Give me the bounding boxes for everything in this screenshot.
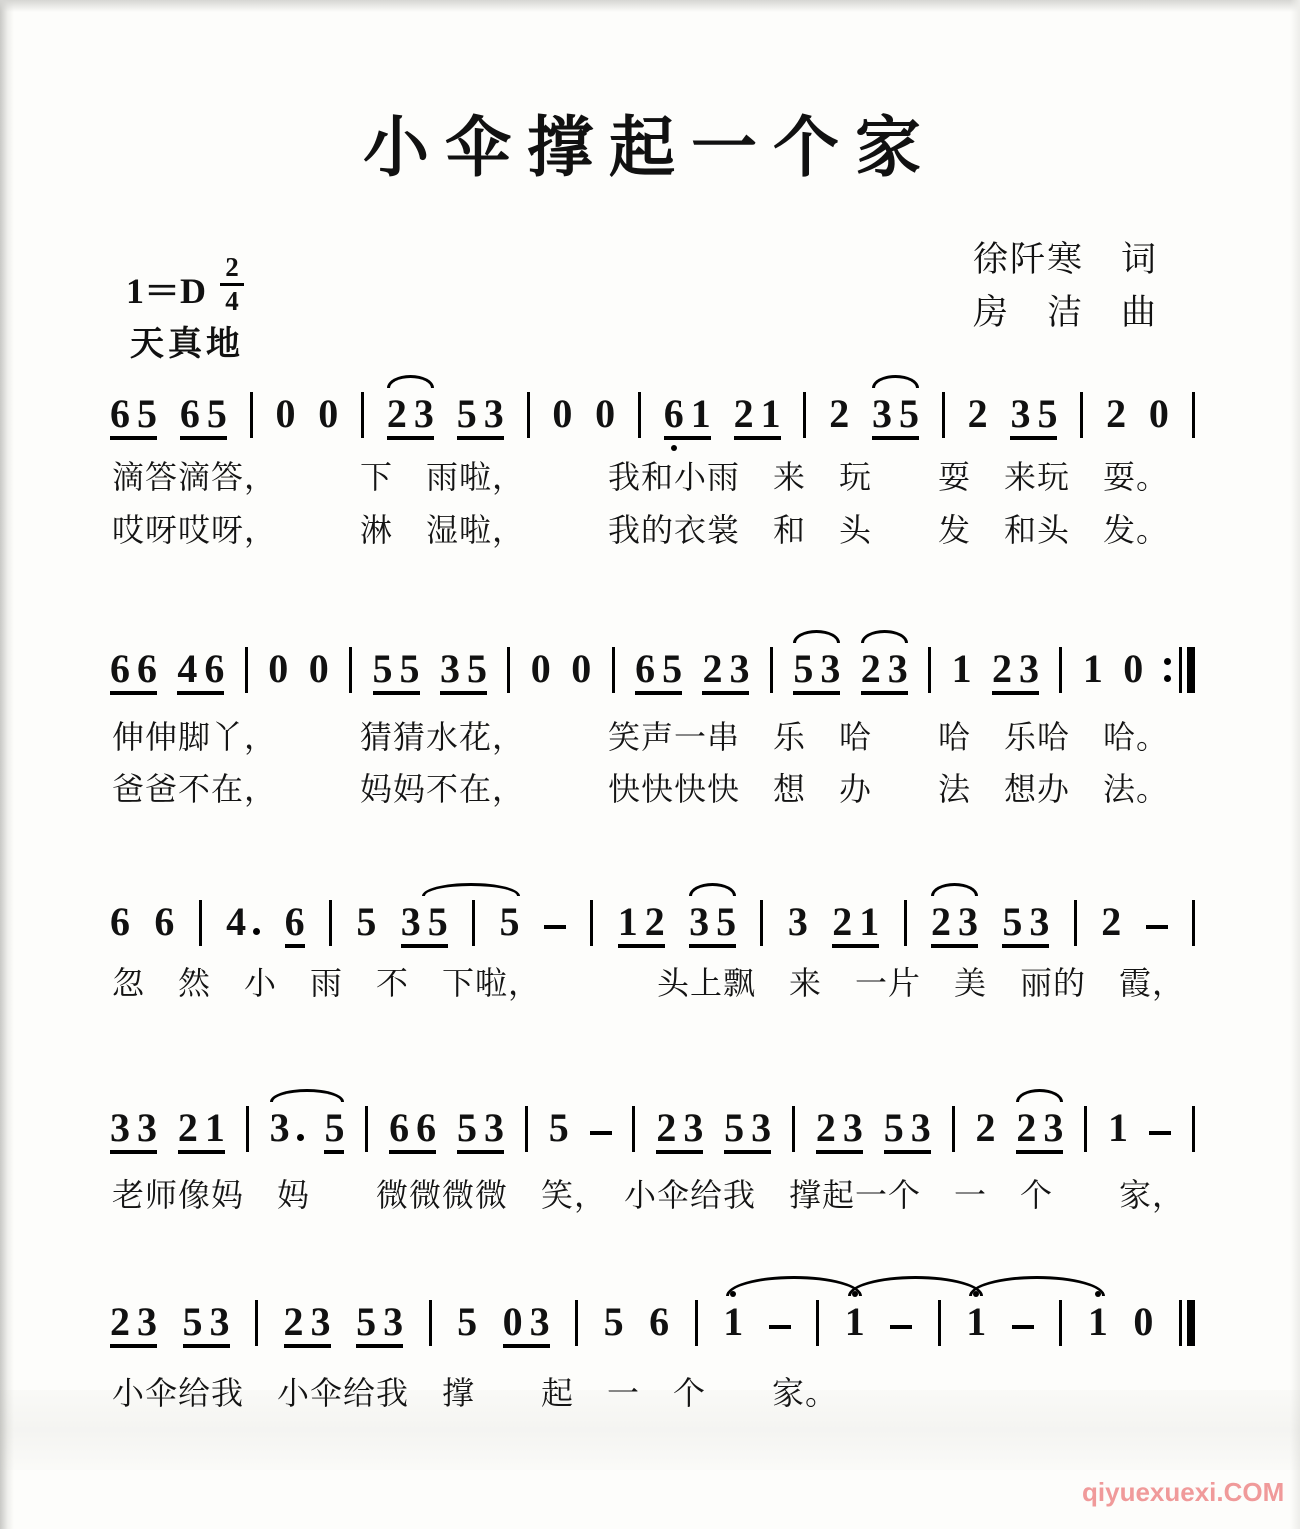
note: 2: [975, 1108, 995, 1154]
note: 1: [723, 1302, 743, 1348]
beamed-note-group: 53: [457, 394, 504, 440]
barline: [1059, 647, 1062, 693]
beamed-note-group: 46: [177, 649, 224, 695]
note: [1012, 1312, 1034, 1348]
barline: [246, 1106, 249, 1152]
barline: [632, 1106, 635, 1152]
note: [544, 912, 566, 948]
note: 1: [845, 1302, 865, 1348]
beamed-note-group: 65: [110, 394, 157, 440]
lyrics-line-4: 老师像妈 妈 微微微微 笑， 小伞给我 撑起一个 一 个 家，: [112, 1170, 1185, 1216]
slur-arc: [793, 630, 840, 643]
beamed-note-group: 12: [618, 902, 665, 948]
barline: [803, 392, 806, 438]
barline: [429, 1300, 432, 1346]
note: 2: [968, 394, 988, 440]
slur-arc: [969, 1276, 1105, 1296]
note: 1: [1088, 1302, 1108, 1348]
beamed-note-group: 35: [689, 902, 736, 948]
note: 4: [226, 902, 260, 948]
note: 0: [531, 649, 551, 695]
note: 0: [1123, 649, 1143, 695]
beamed-note-group: 35: [401, 902, 448, 948]
beamed-note-group: 53: [183, 1302, 230, 1348]
beamed-note-group: 6: [285, 902, 305, 948]
note: [590, 1118, 612, 1154]
beamed-note-group: 23: [1016, 1108, 1063, 1154]
beamed-note-group: 35: [440, 649, 487, 695]
barline: [904, 900, 907, 946]
beamed-note-group: 53: [793, 649, 840, 695]
barline: [507, 647, 510, 693]
beamed-note-group: 23: [702, 649, 749, 695]
meter-lower: 4: [225, 288, 239, 315]
time-signature: 2 4: [220, 254, 244, 315]
repeat-end-barline: [1164, 647, 1195, 693]
lyrics-line-5: 小伞给我 小伞给我 撑 起 一 个 家。: [112, 1368, 838, 1414]
barline: [575, 1300, 578, 1346]
lyrics-line-2-verse-2: 爸爸不在， 妈妈不在， 快快快快 想 办 法 想办 法。: [112, 764, 1169, 810]
slur-arc: [861, 630, 908, 643]
note: [1149, 1118, 1171, 1154]
note: 5: [604, 1302, 624, 1348]
beamed-note-group: 23: [656, 1108, 703, 1154]
note: [890, 1312, 912, 1348]
music-line-4: 33213566535235323532231: [110, 1092, 1195, 1154]
barline: [695, 1300, 698, 1346]
beamed-note-group: 23: [284, 1302, 331, 1348]
beamed-note-group: 23: [931, 902, 978, 948]
note: 0: [552, 394, 572, 440]
slur-arc: [872, 375, 919, 388]
barline: [1074, 900, 1077, 946]
music-line-5: 235323535035611110: [110, 1286, 1195, 1348]
beamed-note-group: 53: [724, 1108, 771, 1154]
beamed-note-group: 03: [503, 1302, 550, 1348]
note: 5: [356, 902, 376, 948]
scan-edge-right: [1290, 0, 1300, 1529]
barline: [942, 392, 945, 438]
barline: [250, 392, 253, 438]
slur-arc: [931, 883, 978, 896]
lyrics-line-1-verse-1: 滴答滴答， 下 雨啦， 我和小雨 来 玩 耍 来玩 耍。: [112, 452, 1169, 498]
beamed-note-group: 66: [389, 1108, 436, 1154]
final-barline: [1179, 1300, 1195, 1346]
music-line-3: 66465355123532123532: [110, 886, 1195, 948]
barline: [255, 1300, 258, 1346]
beamed-note-group: 21: [734, 394, 781, 440]
slur-arc: [1016, 1089, 1063, 1102]
beamed-note-group: 23: [992, 649, 1039, 695]
note: 5: [500, 902, 520, 948]
beamed-note-group: 65: [180, 394, 227, 440]
barline: [329, 900, 332, 946]
augmentation-dot: [253, 928, 260, 935]
tempo-marking: 天真地: [130, 316, 244, 365]
slur-arc: [689, 883, 736, 896]
lyrics-line-2-verse-1: 伸伸脚丫， 猜猜水花， 笑声一串 乐 哈 哈 乐哈 哈。: [112, 712, 1169, 758]
note: 0: [268, 649, 288, 695]
barline: [349, 647, 352, 693]
note: 3: [270, 1108, 304, 1154]
barline: [792, 1106, 795, 1152]
beamed-note-group: 23: [816, 1108, 863, 1154]
beamed-note-group: 35: [872, 394, 919, 440]
note: 1: [1083, 649, 1103, 695]
beamed-note-group: 23: [110, 1302, 157, 1348]
beamed-note-group: 66: [110, 649, 157, 695]
barline: [1059, 1300, 1062, 1346]
barline: [638, 392, 641, 438]
barline: [1080, 392, 1083, 438]
beamed-note-group: 53: [356, 1302, 403, 1348]
beamed-note-group: 53: [1002, 902, 1049, 948]
note: 2: [1106, 394, 1126, 440]
note: 1: [1108, 1108, 1128, 1154]
barline: [1192, 900, 1195, 946]
note: 3: [788, 902, 808, 948]
slur-arc: [422, 883, 520, 896]
note: 0: [318, 394, 338, 440]
beamed-note-group: 23: [387, 394, 434, 440]
song-title: 小伞撑起一个家: [0, 94, 1300, 189]
beamed-note-group: 61: [664, 394, 711, 440]
barline: [1192, 1106, 1195, 1152]
beamed-note-group: 33: [110, 1108, 157, 1154]
note: 6: [110, 902, 130, 948]
barline: [952, 1106, 955, 1152]
scan-edge-left: [0, 0, 14, 1529]
note: 0: [275, 394, 295, 440]
beamed-note-group: 53: [457, 1108, 504, 1154]
barline: [1084, 1106, 1087, 1152]
note: 0: [309, 649, 329, 695]
note: 5: [549, 1108, 569, 1154]
note: 0: [595, 394, 615, 440]
barline: [199, 900, 202, 946]
barline: [527, 392, 530, 438]
slur-arc: [726, 1276, 862, 1296]
note: [1146, 912, 1168, 948]
barline: [525, 1106, 528, 1152]
scan-edge-top: [0, 0, 1300, 12]
barline: [770, 647, 773, 693]
beamed-note-group: 53: [884, 1108, 931, 1154]
key-signature: 1＝D 2 4: [126, 258, 244, 319]
credits-block: 徐阡寒 词房 洁 曲: [973, 234, 1158, 339]
barline: [612, 647, 615, 693]
barline: [928, 647, 931, 693]
note: 0: [571, 649, 591, 695]
barline: [1192, 392, 1195, 438]
lyricist-credit: 徐阡寒 词: [973, 234, 1158, 287]
slur-arc: [848, 1276, 984, 1296]
beamed-note-group: 5: [324, 1108, 344, 1154]
note: 6: [154, 902, 174, 948]
beamed-note-group: 35: [1010, 394, 1057, 440]
barline: [365, 1106, 368, 1152]
composer-credit: 房 洁 曲: [973, 287, 1158, 340]
slur-arc: [270, 1089, 345, 1102]
barline: [938, 1300, 941, 1346]
meter-upper: 2: [225, 254, 239, 281]
beamed-note-group: 65: [635, 649, 682, 695]
barline: [245, 647, 248, 693]
note: 0: [1133, 1302, 1153, 1348]
barline: [760, 900, 763, 946]
note: 1: [966, 1302, 986, 1348]
slur-arc: [387, 375, 434, 388]
lyrics-line-1-verse-2: 哎呀哎呀， 淋 湿啦， 我的衣裳 和 头 发 和头 发。: [112, 505, 1169, 551]
beamed-note-group: 55: [373, 649, 420, 695]
barline: [361, 392, 364, 438]
beamed-note-group: 21: [832, 902, 879, 948]
augmentation-dot: [297, 1134, 304, 1141]
note: 2: [829, 394, 849, 440]
music-line-2: 6646005535006523532312310: [110, 633, 1195, 695]
lyrics-line-3: 忽 然 小 雨 不 下啦， 头上飘 来 一片 美 丽的 霞，: [112, 958, 1185, 1004]
note: 5: [457, 1302, 477, 1348]
site-watermark: qiyuexuexi.COM: [1082, 1477, 1284, 1508]
note: 2: [1101, 902, 1121, 948]
barline: [816, 1300, 819, 1346]
barline: [590, 900, 593, 946]
note: 1: [952, 649, 972, 695]
barline: [472, 900, 475, 946]
music-line-1: 656500235300612123523520: [110, 378, 1195, 440]
key-label: 1＝D: [126, 263, 206, 314]
beamed-note-group: 23: [861, 649, 908, 695]
note: 0: [1149, 394, 1169, 440]
beamed-note-group: 21: [178, 1108, 225, 1154]
note: [769, 1312, 791, 1348]
note: 6: [649, 1302, 669, 1348]
